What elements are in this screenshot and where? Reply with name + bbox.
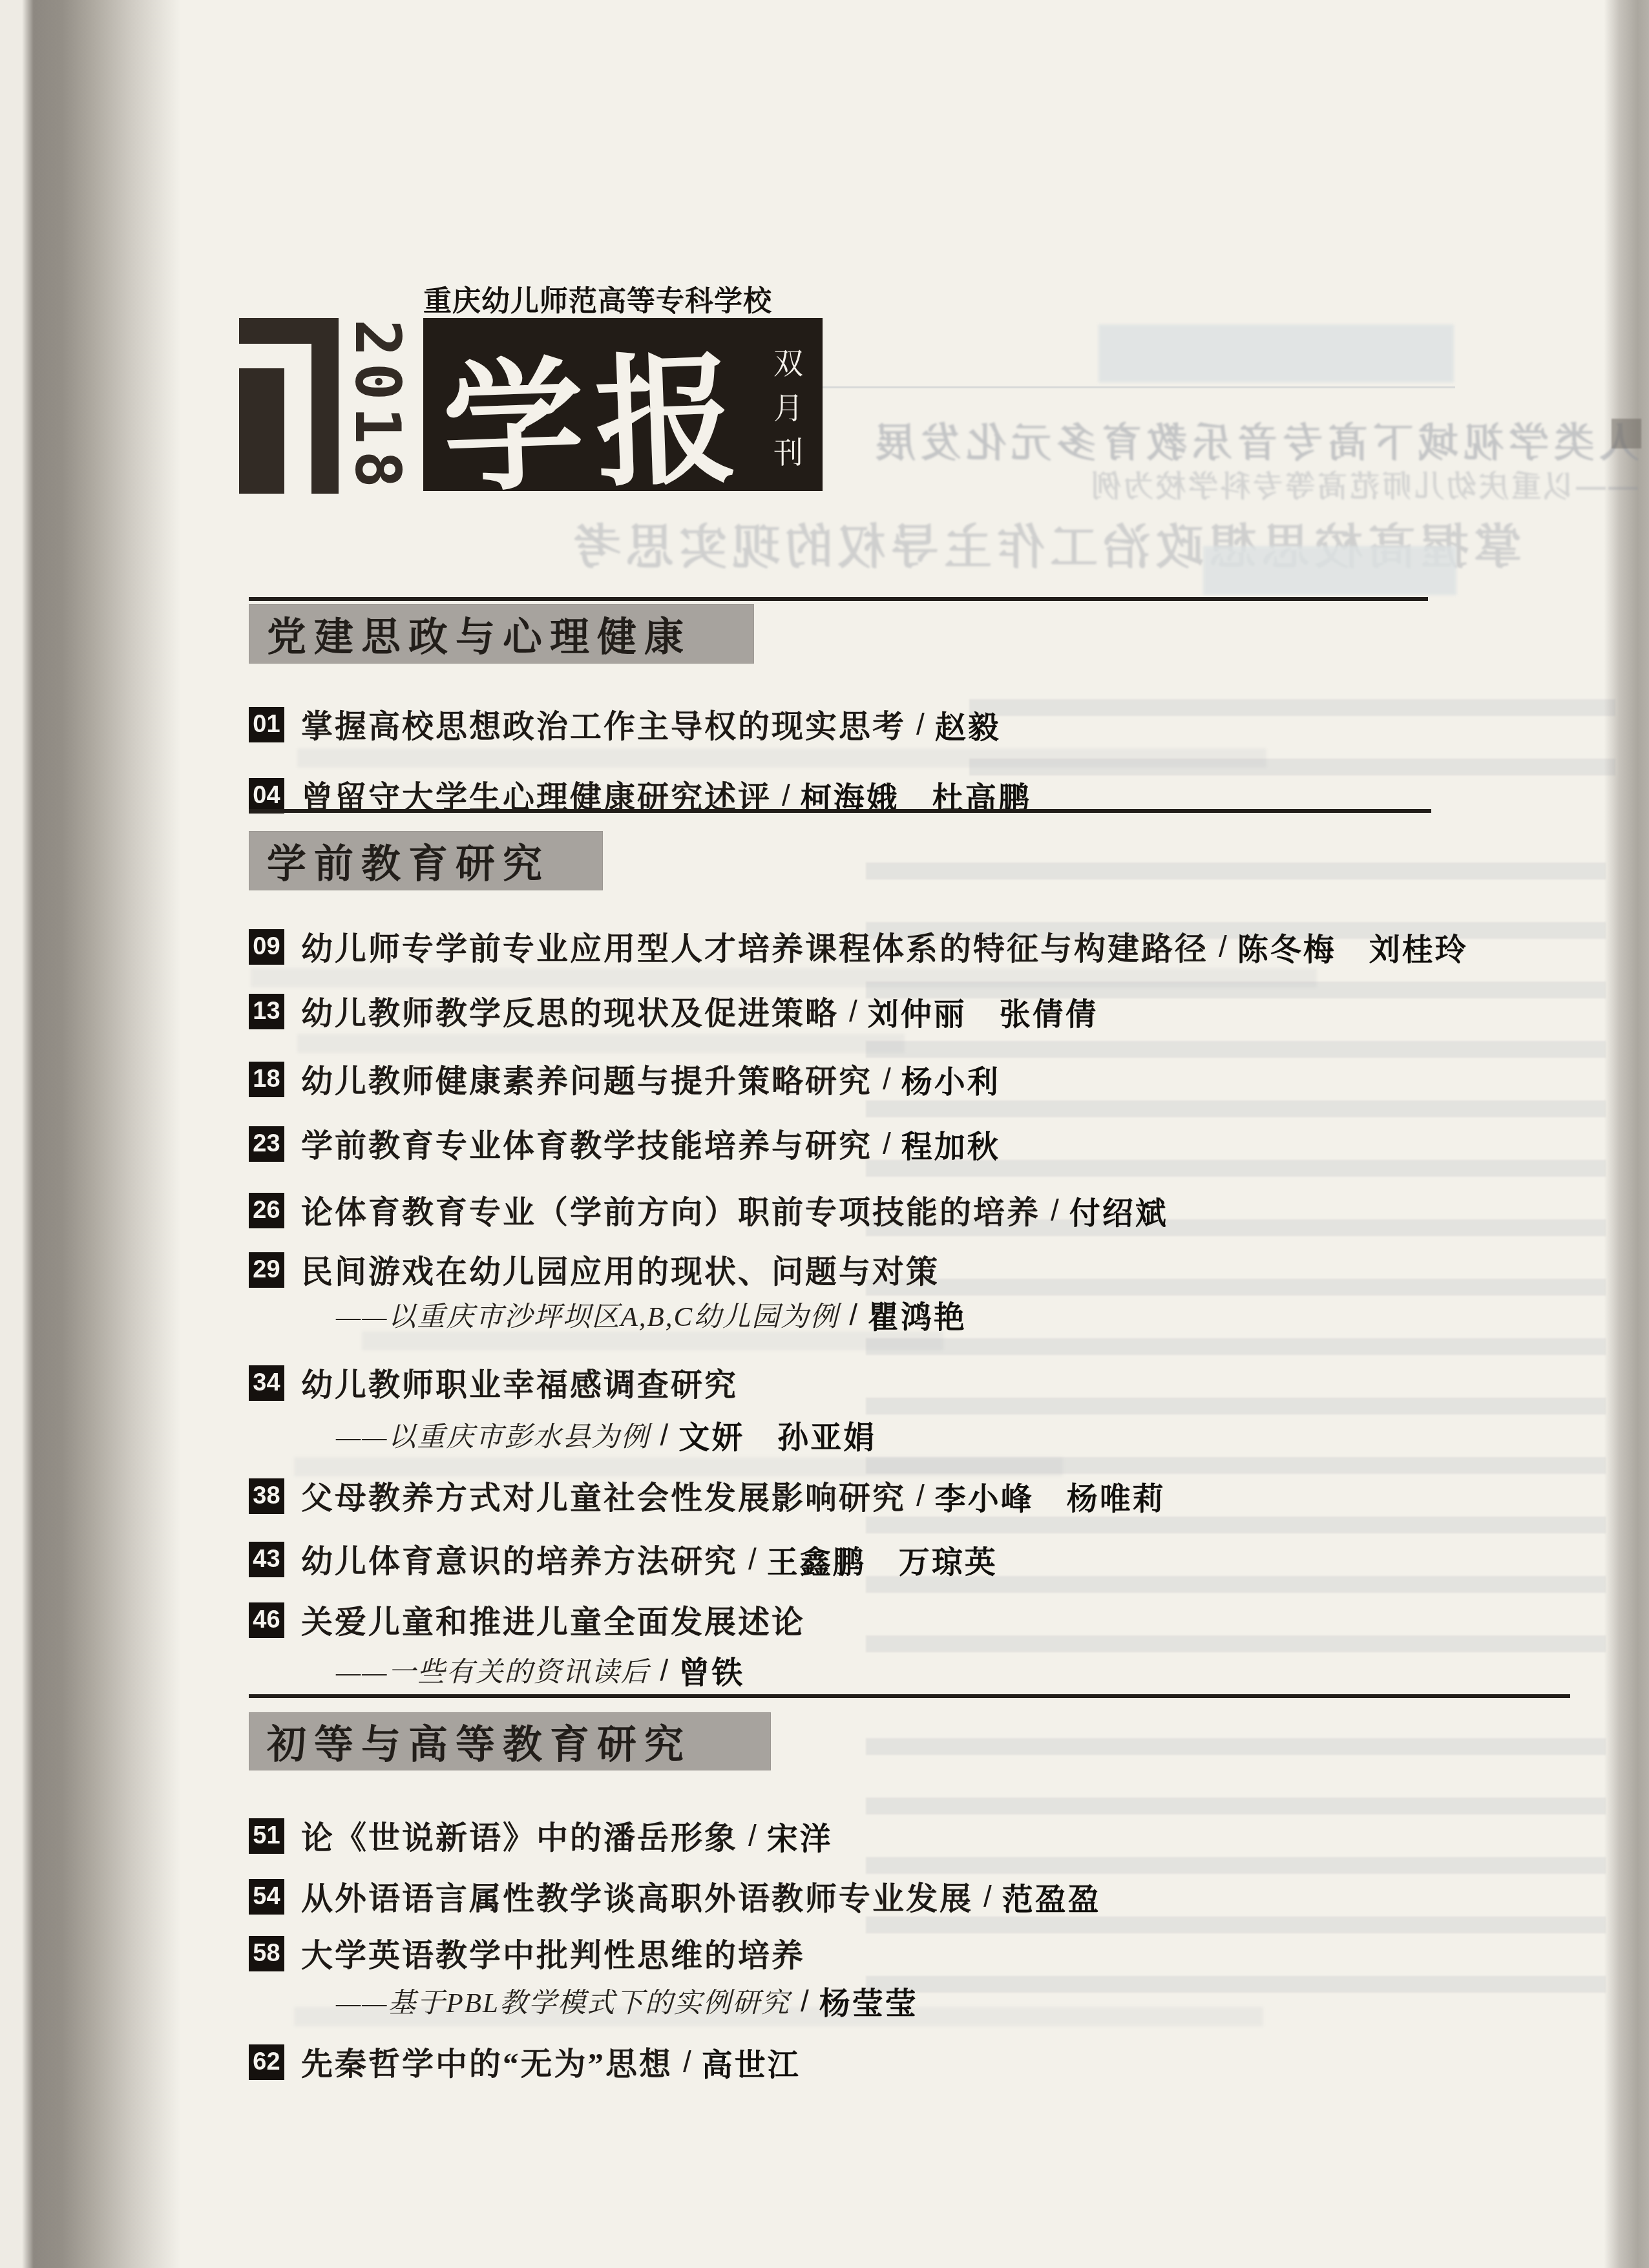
section-title: 学前教育研究 (267, 833, 550, 889)
article-authors: 宋洋 (767, 1814, 833, 1858)
slash-separator: / (660, 1418, 668, 1453)
section-rule (249, 809, 1431, 813)
article-authors: 杨莹莹 (819, 1979, 918, 2023)
toc-entry-subtitle: ——基于PBL教学模式下的实例研究 / 杨莹莹 (336, 1979, 918, 2023)
toc-entry: 18 幼儿教师健康素养问题与提升策略研究 / 杨小利 (249, 1056, 1000, 1102)
article-authors: 付绍斌 (1069, 1188, 1168, 1233)
slash-separator: / (1051, 1193, 1059, 1228)
bleedthrough-line (297, 748, 1266, 768)
slash-separator: / (782, 778, 790, 813)
toc-entry: 29 民间游戏在幼儿园应用的现状、问题与对策 (249, 1247, 940, 1292)
page-number-badge: 54 (249, 1879, 284, 1915)
article-subtitle: ——以重庆市沙坪坝区A,B,C幼儿园为例 (336, 1295, 839, 1334)
slash-separator: / (883, 1126, 891, 1161)
article-authors: 王鑫鹏 万琼英 (767, 1537, 998, 1582)
issue-mark-stem (311, 318, 339, 494)
toc-entry-subtitle: ——一些有关的资讯读后 / 曾铁 (336, 1648, 744, 1692)
section-header: 初等与高等教育研究 (249, 1712, 771, 1770)
slash-separator: / (660, 1653, 668, 1688)
page-number-badge: 18 (249, 1062, 284, 1097)
toc-entry: 58 大学英语教学中批判性思维的培养 (249, 1931, 805, 1976)
article-title: 父母教养方式对儿童社会性发展影响研究 (301, 1473, 906, 1518)
page-number-badge: 26 (249, 1193, 284, 1228)
article-title: 民间游戏在幼儿园应用的现状、问题与对策 (301, 1247, 940, 1292)
year-label: 2018 (341, 319, 414, 494)
bleedthrough-line (251, 968, 1317, 987)
journal-title: 学报 (439, 306, 751, 519)
page-number-badge: 43 (249, 1542, 284, 1577)
bleedthrough-box (1203, 546, 1456, 595)
toc-entry-subtitle: ——以重庆市彭水县为例 / 文妍 孙亚娟 (336, 1412, 876, 1457)
bleedthrough-bullet-square (1612, 419, 1641, 448)
toc-entry: 38 父母教养方式对儿童社会性发展影响研究 / 李小峰 杨唯莉 (249, 1473, 1166, 1518)
article-title: 幼儿师专学前专业应用型人才培养课程体系的特征与构建路径 (301, 924, 1208, 969)
toc-entry: 26 论体育教育专业（学前方向）职前专项技能的培养 / 付绍斌 (249, 1188, 1168, 1233)
toc-entry: 13 幼儿教师教学反思的现状及促进策略 / 刘仲丽 张倩倩 (249, 989, 1098, 1034)
article-subtitle: ——以重庆市彭水县为例 (336, 1415, 649, 1454)
toc-entry: 62 先秦哲学中的“无为”思想 / 高世江 (249, 2039, 801, 2084)
issue-mark-foot (239, 368, 284, 494)
article-title: 论体育教育专业（学前方向）职前专项技能的培养 (301, 1188, 1040, 1233)
toc-entry: 54 从外语语言属性教学谈高职外语教师专业发展 / 范盈盈 (249, 1874, 1101, 1919)
toc-entry: 01 掌握高校思想政治工作主导权的现实思考 / 赵毅 (249, 702, 1001, 747)
toc-entry-subtitle: ——以重庆市沙坪坝区A,B,C幼儿园为例 / 瞿鸿艳 (336, 1292, 967, 1337)
article-subtitle: ——基于PBL教学模式下的实例研究 (336, 1981, 790, 2021)
slash-separator: / (748, 1818, 757, 1853)
frequency-label: 双月刊 (773, 341, 806, 475)
article-authors: 陈冬梅 刘桂玲 (1237, 925, 1468, 969)
section-rule (249, 1694, 1570, 1698)
slash-separator: / (1219, 929, 1227, 964)
article-title: 掌握高校思想政治工作主导权的现实思考 (301, 702, 906, 747)
section-title: 初等与高等教育研究 (267, 1714, 691, 1770)
article-title: 从外语语言属性教学谈高职外语教师专业发展 (301, 1874, 973, 1919)
page-number-badge: 38 (249, 1478, 284, 1514)
page-number-badge: 01 (249, 707, 284, 742)
page-number-badge: 29 (249, 1252, 284, 1288)
section-title: 党建思政与心理健康 (267, 606, 691, 662)
section-rule (249, 597, 1428, 601)
article-title: 幼儿体育意识的培养方法研究 (301, 1537, 738, 1582)
slash-separator: / (883, 1062, 891, 1097)
journal-toc-page: 人类学视域下高专音乐教育多元化发展 ——以重庆幼儿师范高等专科学校为例 掌握高校… (0, 0, 1649, 2268)
toc-entry: 51 论《世说新语》中的潘岳形象 / 宋洋 (249, 1813, 833, 1858)
page-number-badge: 09 (249, 929, 284, 965)
slash-separator: / (916, 1478, 925, 1513)
slash-separator: / (849, 994, 857, 1029)
article-authors: 曾铁 (678, 1648, 744, 1692)
article-title: 先秦哲学中的“无为”思想 (301, 2039, 673, 2084)
article-title: 幼儿教师健康素养问题与提升策略研究 (301, 1056, 872, 1102)
article-title: 大学英语教学中批判性思维的培养 (301, 1931, 805, 1976)
article-title: 幼儿教师职业幸福感调查研究 (301, 1360, 738, 1405)
toc-entry: 34 幼儿教师职业幸福感调查研究 (249, 1360, 738, 1405)
article-authors: 杨小利 (901, 1057, 1000, 1102)
article-authors: 范盈盈 (1002, 1874, 1101, 1919)
page-number-badge: 62 (249, 2044, 284, 2080)
slash-separator: / (801, 1984, 809, 2019)
slash-separator: / (983, 1879, 992, 1914)
bleedthrough-line (297, 1034, 905, 1053)
article-authors: 刘仲丽 张倩倩 (868, 989, 1098, 1034)
page-number-badge: 58 (249, 1936, 284, 1971)
section-header: 党建思政与心理健康 (249, 604, 754, 664)
article-authors: 赵毅 (935, 702, 1001, 747)
page-number-badge: 13 (249, 994, 284, 1029)
toc-entry: 46 关爱儿童和推进儿童全面发展述论 (249, 1597, 805, 1643)
page-number-badge: 23 (249, 1126, 284, 1162)
article-authors: 瞿鸿艳 (868, 1292, 967, 1337)
slash-separator: / (849, 1297, 857, 1332)
article-authors: 文妍 孙亚娟 (678, 1412, 876, 1457)
book-spine-shadow (0, 0, 187, 2268)
toc-entry: 09 幼儿师专学前专业应用型人才培养课程体系的特征与构建路径 / 陈冬梅 刘桂玲 (249, 924, 1468, 969)
article-subtitle: ——一些有关的资讯读后 (336, 1650, 649, 1690)
issue-number-mark: 1 (233, 315, 342, 494)
toc-entry: 43 幼儿体育意识的培养方法研究 / 王鑫鹏 万琼英 (249, 1537, 998, 1582)
journal-title-box: 学报 双月刊 (423, 318, 823, 491)
bleedthrough-text: 人类学视域下高专音乐教育多元化发展 (822, 411, 1639, 468)
toc-entry: 23 学前教育专业体育教学技能培养与研究 / 程加秋 (249, 1121, 1000, 1166)
year-vertical: 2018 (352, 318, 414, 496)
section-header: 学前教育研究 (249, 831, 603, 890)
page-right-edge-shadow (1604, 0, 1649, 2268)
article-title: 学前教育专业体育教学技能培养与研究 (301, 1121, 872, 1166)
page-number-badge: 34 (249, 1365, 284, 1401)
bleedthrough-rule (822, 386, 1455, 388)
page-number-badge: 46 (249, 1602, 284, 1638)
slash-separator: / (683, 2044, 691, 2079)
bleedthrough-text: ——以重庆幼儿师范高等专科学校为例 (827, 463, 1638, 505)
article-title: 幼儿教师教学反思的现状及促进策略 (301, 989, 839, 1034)
page-number-badge: 04 (249, 778, 284, 814)
article-title: 关爱儿童和推进儿童全面发展述论 (301, 1597, 805, 1643)
page-number-badge: 51 (249, 1818, 284, 1854)
article-authors: 程加秋 (901, 1122, 1000, 1166)
article-title: 论《世说新语》中的潘岳形象 (301, 1813, 738, 1858)
slash-separator: / (916, 707, 925, 742)
slash-separator: / (748, 1542, 757, 1577)
article-authors: 高世江 (702, 2040, 801, 2084)
bleedthrough-box (1098, 324, 1454, 383)
article-authors: 李小峰 杨唯莉 (935, 1474, 1166, 1518)
